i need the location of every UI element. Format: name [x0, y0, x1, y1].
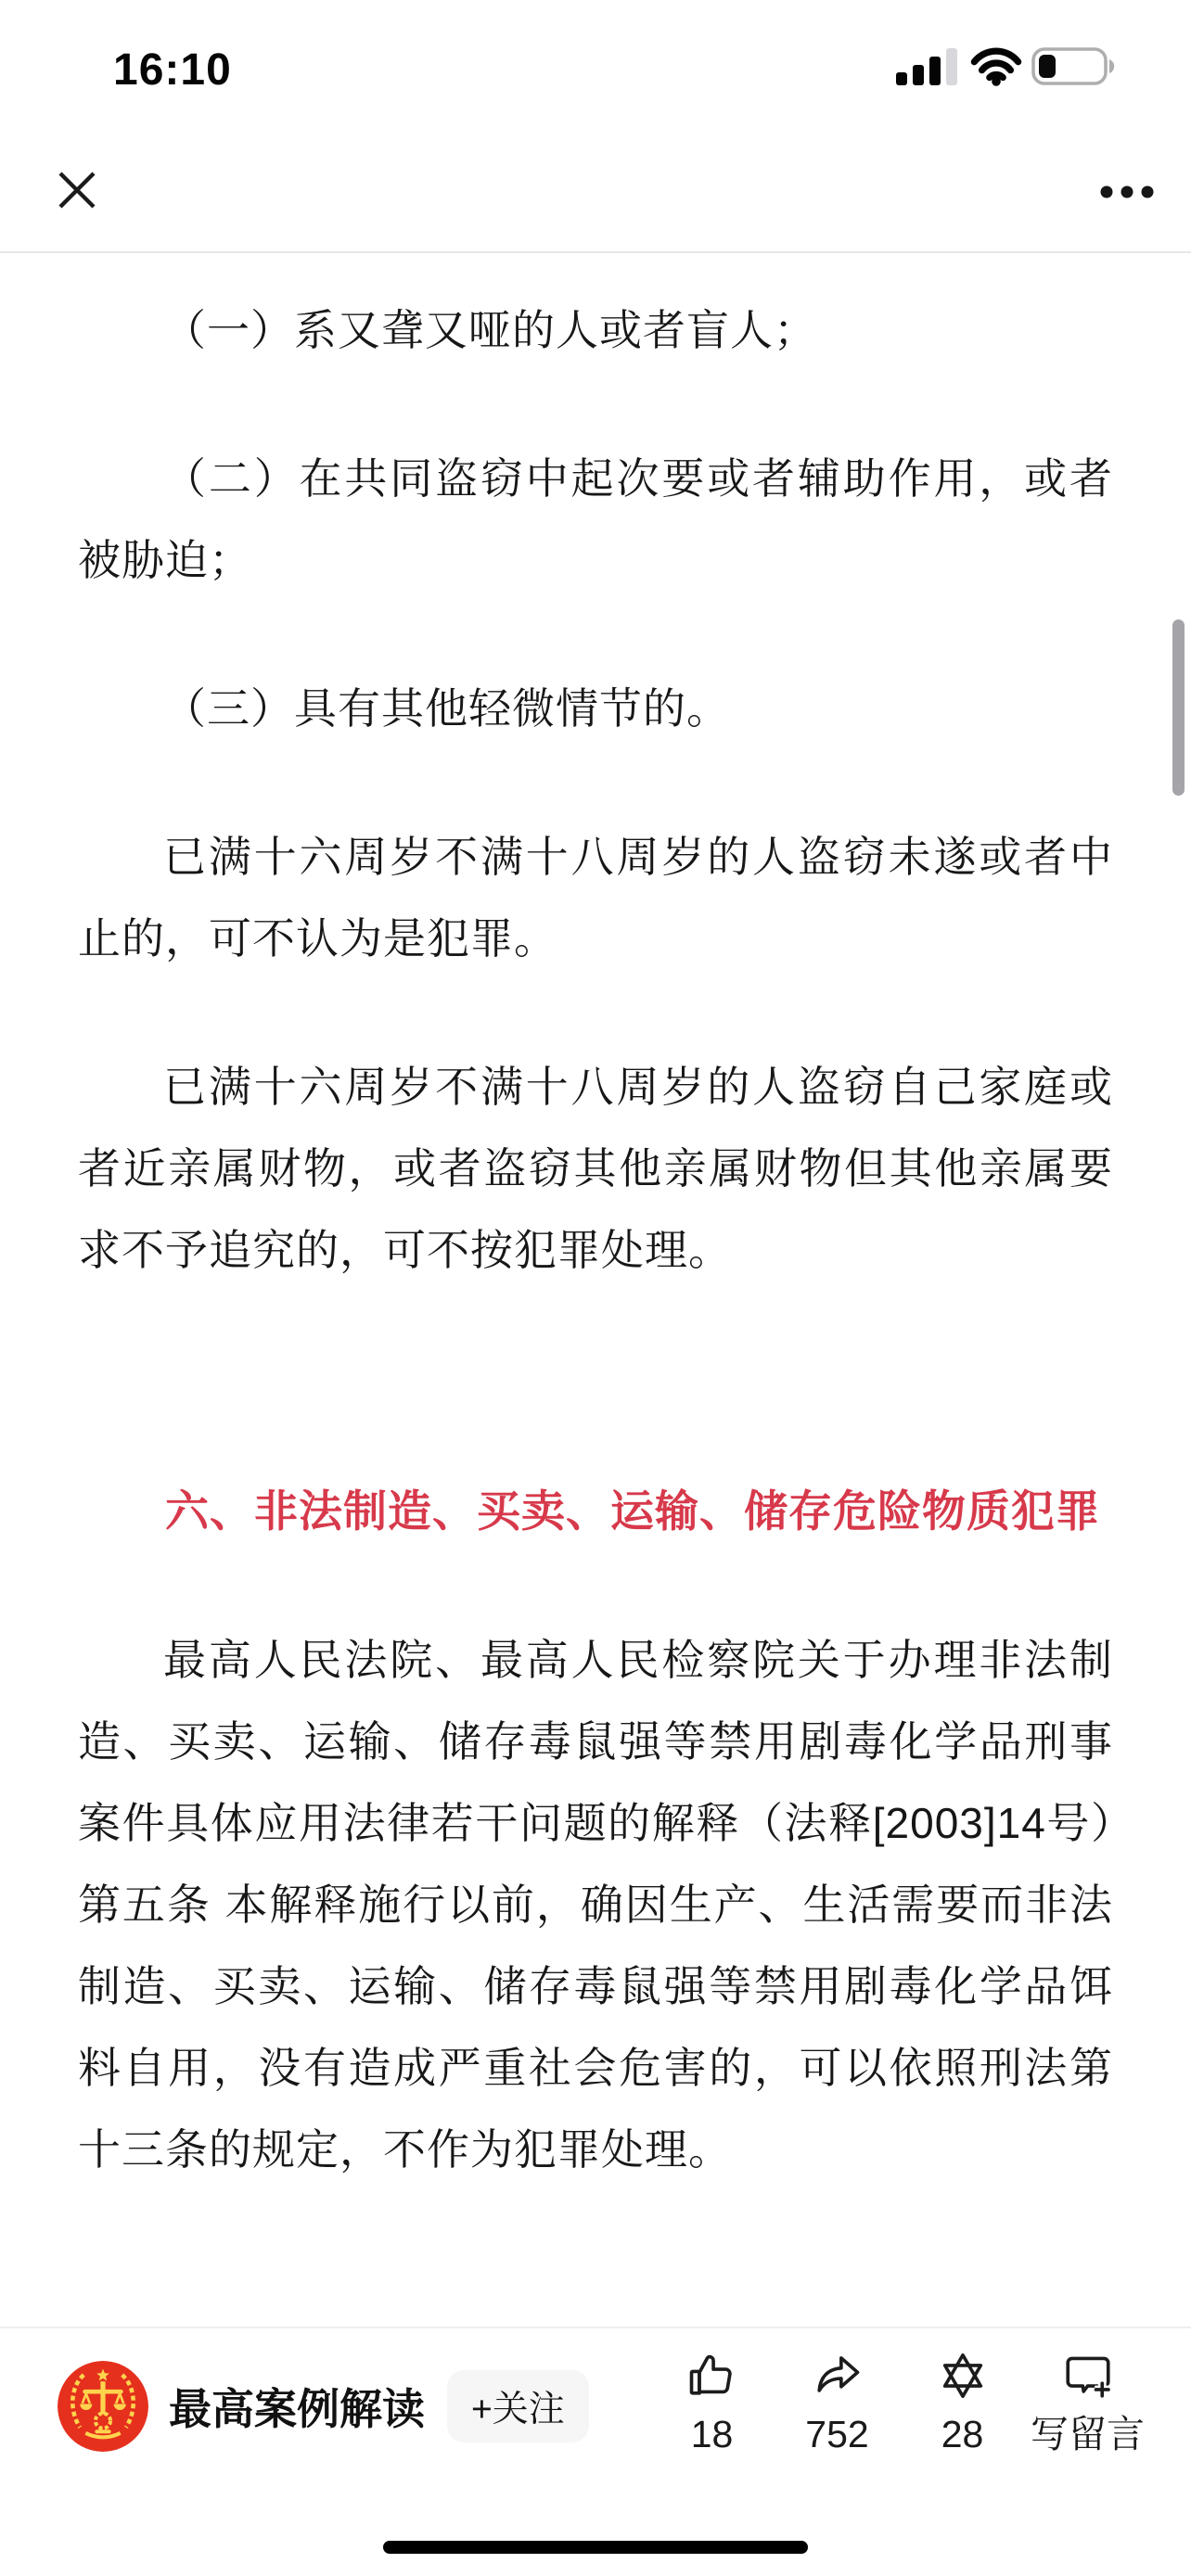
- wifi-icon: [970, 47, 1022, 86]
- paragraph: （三）具有其他轻微情节的。: [78, 668, 1113, 749]
- section-heading: 六、非法制造、买卖、运输、储存危险物质犯罪: [78, 1471, 1113, 1552]
- wow-count: 28: [941, 2414, 984, 2455]
- action-bar: 18 752 28 写留言: [649, 2349, 1150, 2455]
- like-count: 18: [691, 2414, 734, 2455]
- share-count: 752: [805, 2414, 868, 2455]
- share-button[interactable]: 752: [775, 2349, 900, 2455]
- wow-star-icon: [936, 2349, 990, 2403]
- battery-icon: [1031, 47, 1117, 85]
- paragraph: 最高人民法院、最高人民检察院关于办理非法制造、买卖、运输、储存毒鼠强等禁用剧毒化…: [78, 1619, 1113, 2190]
- article-body: （一）系又聋又哑的人或者盲人； （二）在共同盗窃中起次要或者辅助作用，或者被胁迫…: [78, 252, 1113, 2257]
- clock-time: 16:10: [113, 45, 232, 96]
- close-icon[interactable]: [56, 169, 98, 211]
- more-menu-icon[interactable]: [1100, 185, 1154, 198]
- account-name[interactable]: 最高案例解读: [169, 2376, 425, 2437]
- thumbs-up-icon: [685, 2349, 739, 2403]
- paragraph: （一）系又聋又哑的人或者盲人；: [78, 289, 1113, 371]
- share-forward-icon: [811, 2349, 864, 2403]
- paragraph: 已满十六周岁不满十八周岁的人盗窃自己家庭或者近亲属财物，或者盗窃其他亲属财物但其…: [78, 1046, 1113, 1291]
- comment-label: 写留言: [1031, 2414, 1145, 2455]
- like-button[interactable]: 18: [649, 2349, 775, 2455]
- court-emblem-avatar[interactable]: [58, 2361, 148, 2452]
- comment-button[interactable]: 写留言: [1025, 2349, 1150, 2455]
- paragraph: （二）在共同盗窃中起次要或者辅助作用，或者被胁迫；: [78, 438, 1113, 601]
- wechat-article-page: 16:10 （一）系又聋又哑的人或者盲人: [0, 0, 1191, 2576]
- home-indicator[interactable]: [383, 2541, 808, 2554]
- wow-button[interactable]: 28: [900, 2349, 1025, 2455]
- footer-divider: [0, 2327, 1191, 2328]
- paragraph: 已满十六周岁不满十八周岁的人盗窃未遂或者中止的，可不认为是犯罪。: [78, 816, 1113, 979]
- follow-button[interactable]: +关注: [447, 2370, 589, 2442]
- account-info: 最高案例解读 +关注: [58, 2361, 589, 2452]
- scrollbar-thumb[interactable]: [1172, 619, 1185, 796]
- cellular-signal-icon: [896, 45, 957, 85]
- comment-plus-icon: [1061, 2349, 1115, 2403]
